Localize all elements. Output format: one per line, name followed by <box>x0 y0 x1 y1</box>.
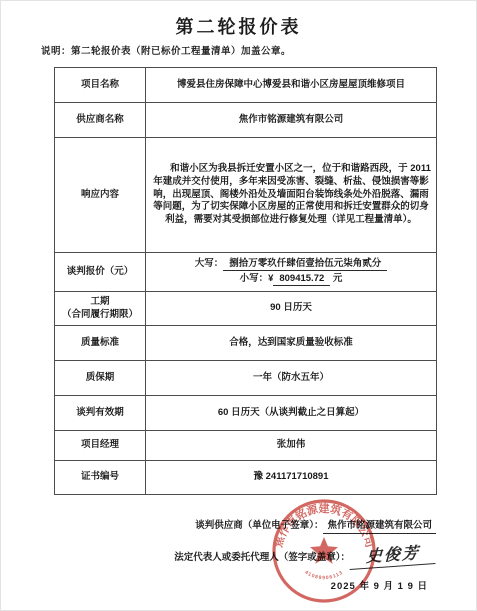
signature-block: 谈判供应商（单位电子签章）：焦作市铭源建筑有限公司 法定代表人或委托代理人（签字… <box>174 517 436 592</box>
row-value-duration: 90 日历天 <box>146 292 437 326</box>
row-value-quality-standard: 合格，达到国家质量验收标准 <box>146 326 437 361</box>
price-in-figures-label: 小写：¥ <box>240 273 274 284</box>
page-title: 第二轮报价表 <box>1 13 476 39</box>
row-label-certificate-number: 证书编号 <box>55 461 146 495</box>
quotation-table: 项目名称 博爱县住房保障中心博爱县和谐小区房屋屋顶维修项目 供应商名称 焦作市铭… <box>54 67 437 495</box>
table-row: 项目经理 张加伟 <box>55 431 437 461</box>
row-label-project-manager: 项目经理 <box>55 431 146 461</box>
table-row: 响应内容 和谐小区为我县拆迁安置小区之一，位于和谐路西段，于 2011 年建成并… <box>55 138 437 253</box>
row-value-certificate-number: 豫 241171710891 <box>146 461 437 495</box>
note-line: 说明：第二轮报价表（附已标价工程量清单）加盖公章。 <box>41 43 291 57</box>
table-row: 证书编号 豫 241171710891 <box>55 461 437 495</box>
row-label-duration: 工期 （合同履行期限） <box>55 292 146 326</box>
row-value-supplier-name: 焦作市铭源建筑有限公司 <box>146 103 437 138</box>
table-row: 工期 （合同履行期限） 90 日历天 <box>55 292 437 326</box>
duration-label-line1: 工期 <box>60 296 140 309</box>
row-label-negotiated-price: 谈判报价（元） <box>55 253 146 292</box>
row-label-response-content: 响应内容 <box>55 138 146 253</box>
price-in-words-label: 大写： <box>195 258 224 269</box>
row-value-project-name: 博爱县住房保障中心博爱县和谐小区房屋屋顶维修项目 <box>146 68 437 103</box>
row-value-response-content: 和谐小区为我县拆迁安置小区之一，位于和谐路西段，于 2011 年建成并交付使用，… <box>146 138 437 253</box>
price-in-figures-line: 小写：¥809415.72 元 <box>151 273 431 286</box>
supplier-signature-value: 焦作市铭源建筑有限公司 <box>323 520 436 534</box>
table-row: 质量标准 合格，达到国家质量验收标准 <box>55 326 437 361</box>
table-row: 谈判报价（元） 大写：捌拾万零玖仟肆佰壹拾伍元柒角贰分 小写：¥809415.7… <box>55 253 437 292</box>
representative-signature-label: 法定代表人或委托代理人（签字或盖章）： <box>174 552 350 563</box>
row-label-quality-standard: 质量标准 <box>55 326 146 361</box>
price-in-words-line: 大写：捌拾万零玖仟肆佰壹拾伍元柒角贰分 <box>151 258 431 271</box>
table-row: 供应商名称 焦作市铭源建筑有限公司 <box>55 103 437 138</box>
price-in-figures-value: 809415.72 <box>273 273 330 286</box>
document-page: 第二轮报价表 说明：第二轮报价表（附已标价工程量清单）加盖公章。 项目名称 博爱… <box>0 0 477 611</box>
supplier-signature-line: 谈判供应商（单位电子签章）：焦作市铭源建筑有限公司 <box>174 517 436 531</box>
row-label-validity-period: 谈判有效期 <box>55 396 146 431</box>
table-row: 质保期 一年（防水五年） <box>55 361 437 396</box>
duration-label-line2: （合同履行期限） <box>60 309 140 322</box>
row-value-project-manager: 张加伟 <box>146 431 437 461</box>
price-in-words-value: 捌拾万零玖仟肆佰壹拾伍元柒角贰分 <box>223 258 387 271</box>
row-label-supplier-name: 供应商名称 <box>55 103 146 138</box>
row-value-validity-period: 60 日历天（从谈判截止之日算起） <box>146 396 437 431</box>
table-row: 项目名称 博爱县住房保障中心博爱县和谐小区房屋屋顶维修项目 <box>55 68 437 103</box>
row-value-warranty-period: 一年（防水五年） <box>146 361 437 396</box>
handwritten-signature: 史俊芳 <box>350 539 437 570</box>
row-label-project-name: 项目名称 <box>55 68 146 103</box>
table-row: 谈判有效期 60 日历天（从谈判截止之日算起） <box>55 396 437 431</box>
price-in-figures-suffix: 元 <box>333 273 343 284</box>
signature-date: 2025 年 9 月 1 9 日 <box>174 578 436 592</box>
row-label-warranty-period: 质保期 <box>55 361 146 396</box>
supplier-signature-label: 谈判供应商（单位电子签章）： <box>195 520 323 531</box>
representative-signature-line: 法定代表人或委托代理人（签字或盖章）：史俊芳 <box>174 542 436 567</box>
row-value-negotiated-price: 大写：捌拾万零玖仟肆佰壹拾伍元柒角贰分 小写：¥809415.72 元 <box>146 253 437 292</box>
